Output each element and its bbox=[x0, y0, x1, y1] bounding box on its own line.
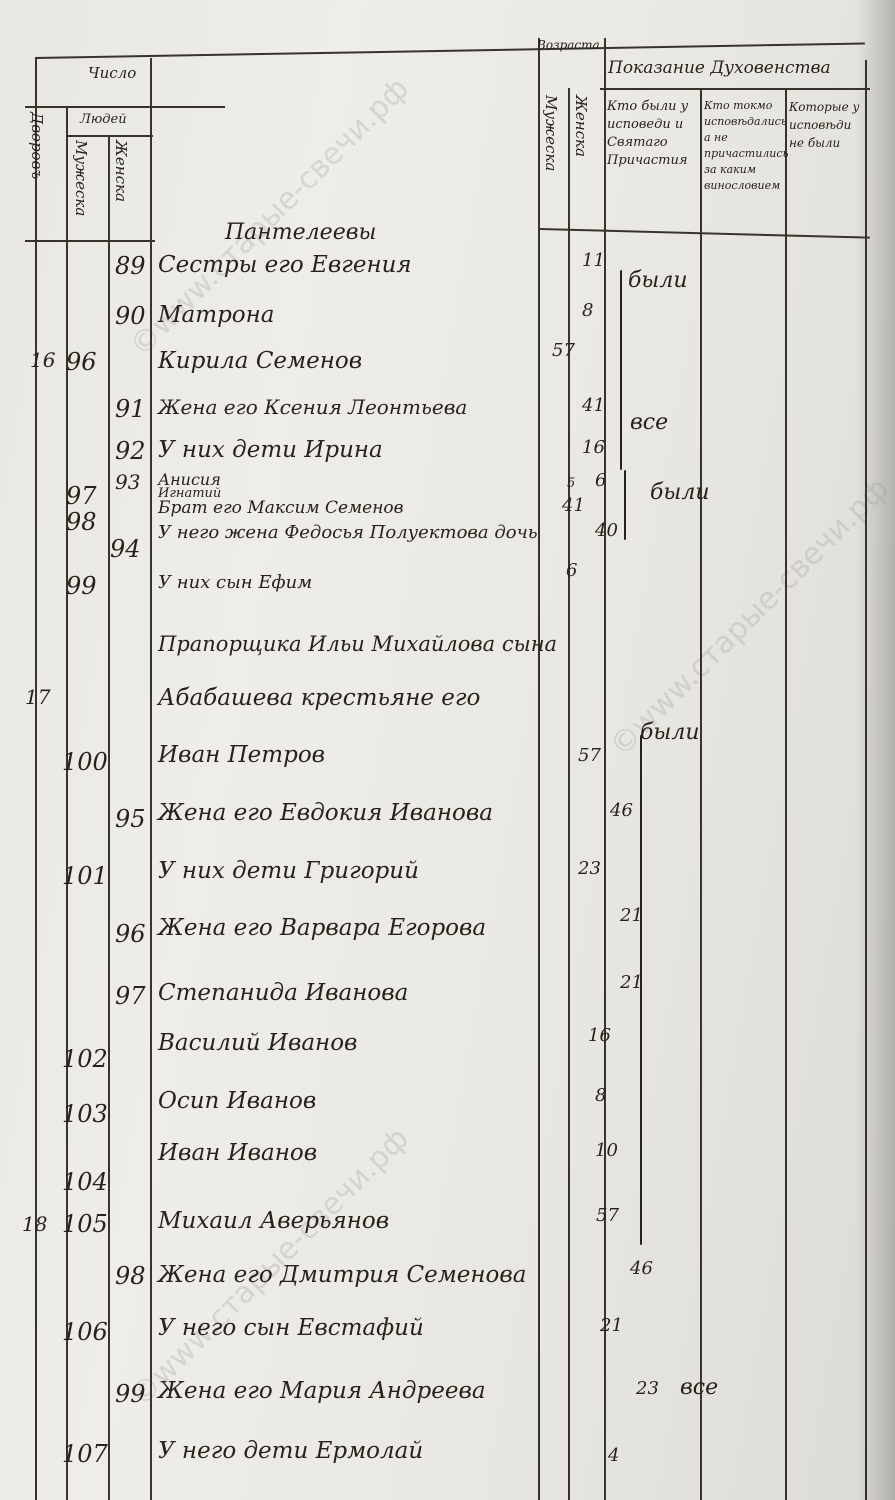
entry-name: У них сын Ефим bbox=[158, 572, 312, 593]
household-number: 16 bbox=[30, 348, 55, 372]
top-rule bbox=[35, 43, 865, 59]
entry-name: Прапорщика Ильи Михайлова сына bbox=[158, 632, 557, 656]
male-number: 107 bbox=[62, 1440, 108, 1468]
section-title: Пантелеевы bbox=[225, 220, 376, 245]
ledger-page: ©www.старые-свечи.рф ©www.старые-свечи.р… bbox=[0, 0, 895, 1500]
age-female: 46 bbox=[610, 800, 633, 821]
confession-note: были bbox=[628, 268, 688, 293]
entry-name: Иван Иванов bbox=[158, 1140, 317, 1166]
age-male: 57 bbox=[596, 1205, 619, 1226]
entry-name: Степанида Иванова bbox=[158, 980, 408, 1006]
age-female: 16 bbox=[582, 437, 605, 458]
male-number: 105 bbox=[62, 1210, 108, 1238]
header-male: Мужеска bbox=[72, 140, 90, 216]
female-number: 89 bbox=[115, 252, 146, 280]
age-female: 6 bbox=[595, 470, 606, 491]
header-souls: Людей bbox=[80, 112, 127, 127]
female-number: 90 bbox=[115, 302, 146, 330]
entry-name: У него дети Ермолай bbox=[158, 1438, 423, 1464]
grouping-brace bbox=[640, 735, 642, 1245]
column-rule bbox=[700, 88, 702, 1500]
female-number: 99 bbox=[115, 1380, 146, 1408]
entry-name: У них дети Ирина bbox=[158, 437, 383, 463]
header-age-female: Женска bbox=[572, 95, 590, 157]
header-number: Число bbox=[88, 64, 136, 82]
male-number: 100 bbox=[62, 748, 108, 776]
age-male: 57 bbox=[578, 745, 601, 766]
entry-name: Жена его Мария Андреева bbox=[158, 1378, 486, 1404]
entry-name: Абабашева крестьяне его bbox=[158, 685, 480, 711]
entry-name: Василий Иванов bbox=[158, 1030, 357, 1056]
header-confession: Показание Духовенства bbox=[608, 58, 831, 78]
column-rule bbox=[108, 135, 110, 1500]
age-male: 10 bbox=[595, 1140, 618, 1161]
entry-name: У него жена Федосья Полуектова дочь bbox=[158, 522, 538, 543]
female-number: 94 bbox=[110, 535, 141, 563]
entry-name: Иван Петров bbox=[158, 742, 325, 768]
header-rule bbox=[25, 240, 155, 242]
page-edge-shadow bbox=[855, 0, 895, 1500]
header-rule bbox=[600, 88, 870, 90]
header-rule bbox=[540, 228, 870, 238]
male-number: 101 bbox=[62, 862, 108, 890]
entry-name: Матрона bbox=[158, 302, 275, 328]
age-male: 41 bbox=[562, 495, 585, 516]
household-number: 18 bbox=[22, 1212, 47, 1236]
header-households: Дворовъ bbox=[28, 112, 46, 179]
age-male: 16 bbox=[588, 1025, 611, 1046]
confession-note: все bbox=[680, 1375, 718, 1400]
entry-name: Жена его Ксения Леонтьева bbox=[158, 395, 467, 419]
male-number: 106 bbox=[62, 1318, 108, 1346]
confession-note: были bbox=[650, 480, 710, 505]
female-number: 95 bbox=[115, 805, 146, 833]
column-rule bbox=[35, 58, 37, 1500]
entry-name: Осип Иванов bbox=[158, 1088, 316, 1114]
grouping-brace bbox=[620, 270, 622, 470]
confession-note: были bbox=[640, 720, 700, 745]
age-male: 4 bbox=[608, 1445, 619, 1466]
entry-name: Кирила Семенов bbox=[158, 348, 362, 374]
header-confession-col3: Которые у исповѣди не были bbox=[789, 98, 864, 152]
header-female: Женска bbox=[112, 140, 130, 202]
column-rule bbox=[538, 38, 540, 1500]
age-female: 8 bbox=[582, 300, 593, 321]
age-female: 40 bbox=[595, 520, 618, 541]
female-number: 98 bbox=[115, 1262, 146, 1290]
header-confession-col2: Кто токмо исповѣдались а не причастились… bbox=[704, 98, 784, 194]
header-age-male: Мужеска bbox=[542, 95, 560, 171]
household-number: 17 bbox=[25, 685, 50, 709]
age-male: 21 bbox=[600, 1315, 623, 1336]
confession-note: все bbox=[630, 410, 668, 435]
entry-name: У них дети Григорий bbox=[158, 858, 419, 884]
column-rule bbox=[66, 106, 68, 1500]
header-rule bbox=[68, 135, 153, 137]
header-age: Возраста bbox=[537, 38, 600, 52]
header-confession-col1: Кто были у исповеди и Святаго Причастия bbox=[607, 98, 697, 170]
entry-name: Брат его Максим Семенов bbox=[158, 498, 404, 518]
male-number: 97 bbox=[66, 482, 97, 510]
grouping-brace bbox=[624, 470, 626, 540]
age-female: 23 bbox=[636, 1378, 659, 1399]
column-rule bbox=[568, 88, 570, 1500]
column-rule bbox=[865, 60, 867, 1500]
entry-name: Сестры его Евгения bbox=[158, 252, 412, 278]
male-number: 96 bbox=[66, 348, 97, 376]
entry-name: Михаил Аверьянов bbox=[158, 1208, 389, 1234]
entry-name: Жена его Варвара Егорова bbox=[158, 915, 486, 941]
column-rule bbox=[785, 88, 787, 1500]
entry-name: Жена его Дмитрия Семенова bbox=[158, 1262, 526, 1288]
female-number: 96 bbox=[115, 920, 146, 948]
female-number: 91 bbox=[115, 395, 146, 423]
age-male: 8 bbox=[595, 1085, 606, 1106]
age-male: 23 bbox=[578, 858, 601, 879]
male-number: 102 bbox=[62, 1045, 108, 1073]
male-number: 99 bbox=[66, 572, 97, 600]
male-number: 98 bbox=[66, 508, 97, 536]
male-number: 104 bbox=[62, 1168, 108, 1196]
entry-name: У него сын Евстафий bbox=[158, 1315, 424, 1341]
female-number: 93 bbox=[115, 470, 140, 494]
column-rule bbox=[150, 58, 152, 1500]
age-female: 46 bbox=[630, 1258, 653, 1279]
male-number: 103 bbox=[62, 1100, 108, 1128]
entry-name: Жена его Евдокия Иванова bbox=[158, 800, 493, 826]
age-male: 57 bbox=[552, 340, 575, 361]
header-rule bbox=[25, 106, 225, 108]
age-male: 6 bbox=[566, 560, 577, 581]
age-female: 41 bbox=[582, 395, 605, 416]
age-female: 11 bbox=[582, 250, 605, 271]
female-number: 92 bbox=[115, 437, 146, 465]
female-number: 97 bbox=[115, 982, 146, 1010]
age-male: 5 bbox=[567, 476, 575, 491]
